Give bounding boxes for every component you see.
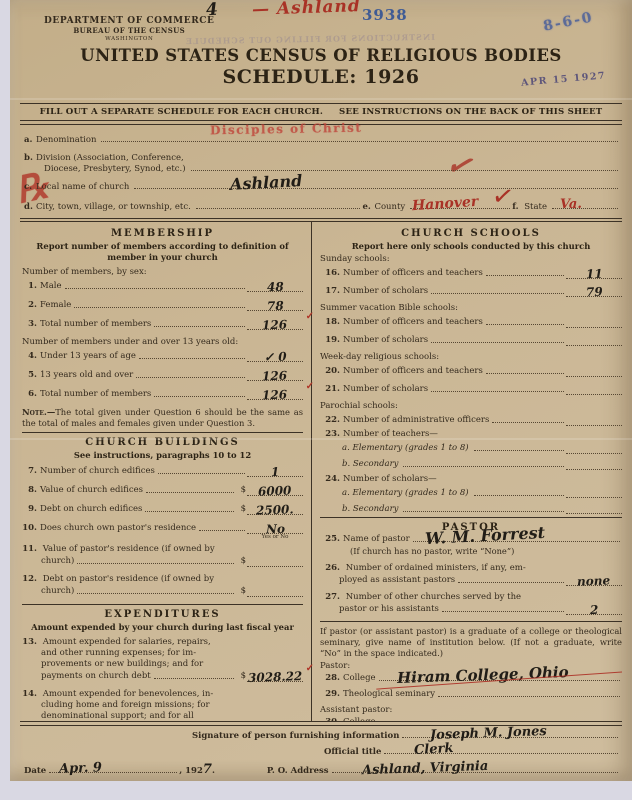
dotted-line	[431, 293, 564, 294]
field-letter: f.	[512, 202, 524, 212]
question-number: 27.	[320, 592, 340, 603]
question-row-14: 14. Amount expended for benevolences, in…	[22, 689, 303, 721]
question-number: 13.	[22, 637, 37, 648]
dotted-line: Joseph M. Jones	[402, 737, 618, 738]
dotted-line: Hiram College, Ohio	[379, 680, 620, 681]
question-number: 18.	[320, 317, 340, 328]
instruction-bar-gap	[323, 107, 339, 117]
question-row-3: 3. Total number of members 126✓	[22, 318, 303, 330]
question-label: Debt on church edifices	[40, 504, 142, 515]
handwritten-value: 126	[262, 369, 287, 382]
answer-cell	[566, 486, 622, 498]
po-address-label: P. O. Address	[267, 766, 329, 776]
answer-cell: 2	[566, 603, 622, 615]
answer-cell: 1	[247, 465, 303, 477]
question-number: 5.	[22, 370, 37, 381]
handwritten-county: Hanover	[412, 195, 479, 214]
question-label: Number of other churches served by the	[346, 592, 521, 602]
dotted-line	[474, 495, 564, 496]
question-label-line: cluding home and foreign missions; for	[22, 700, 303, 711]
pastor-none-note: (If church has no pastor, write “None”)	[320, 546, 622, 556]
question-label-line: and other running expenses; for im-	[22, 648, 303, 659]
answer-cell: 78	[247, 299, 303, 311]
handwritten-value: 6000	[258, 484, 292, 497]
currency-sign: $	[241, 671, 246, 682]
question-number: 21.	[320, 384, 340, 395]
answer-cell: 48	[247, 280, 303, 292]
question-label: Number of church edifices	[40, 466, 155, 477]
dotted-line	[154, 396, 245, 397]
question-row-27: 27. Number of other churches served by t…	[320, 592, 622, 615]
question-number: 26.	[320, 563, 340, 574]
identification-section: Disciples of Christ ✓ a. Denomination b.…	[10, 125, 632, 212]
handwritten-year-digit: 7	[203, 763, 212, 776]
question-row-25: 25. Name of pastor W. M. Forrest	[320, 534, 622, 545]
expenditures-title: EXPENDITURES	[22, 609, 303, 620]
schools-subtitle: Report here only schools conducted by th…	[328, 241, 614, 252]
field-letter: c.	[24, 182, 36, 192]
question-number: 14.	[22, 689, 37, 700]
expenditures-subtitle: Amount expended by your church during la…	[30, 622, 295, 633]
question-number: 7.	[22, 466, 37, 477]
question-tail-row: ployed as assistant pastors none	[320, 574, 622, 586]
group-heading: Number of members, by sex:	[22, 267, 303, 277]
currency-sign: $	[241, 485, 246, 496]
answer-cell: 126	[247, 369, 303, 381]
question-row-7: 7. Number of church edifices 1	[22, 465, 303, 477]
dotted-line	[458, 582, 564, 583]
answer-cell	[566, 442, 622, 454]
question-label: College	[343, 673, 376, 684]
dotted-line	[136, 377, 245, 378]
group-heading: Summer vacation Bible schools:	[320, 303, 622, 313]
handwritten-church-name: — Ashland	[252, 0, 361, 19]
field-letter: d.	[24, 202, 36, 212]
handwritten-number: 4	[205, 2, 218, 20]
sub-label: Secondary	[353, 504, 399, 514]
red-tick: ✓	[306, 311, 314, 324]
handwritten-signature: Joseph M. Jones	[430, 725, 547, 742]
census-form: ℞ DEPARTMENT OF COMMERCE BUREAU OF THE C…	[10, 0, 632, 781]
dotted-line	[139, 358, 245, 359]
question-label: Total number of members	[40, 319, 151, 330]
question-label-tail: church)	[22, 586, 74, 597]
question-row-10: 10. Does church own pastor's residence N…	[22, 522, 303, 534]
dotted-line	[438, 696, 620, 697]
handwritten-value: 11	[585, 268, 602, 281]
question-number: 3.	[22, 319, 37, 330]
question-label: Does church own pastor's residence	[40, 523, 196, 534]
handwritten-value: 2500.	[256, 503, 294, 516]
question-tail-row: church) $	[22, 585, 303, 597]
answer-cell: 126✓	[247, 318, 303, 330]
section-rule	[22, 432, 303, 433]
date-address-row: Date Apr. 9 , 1927. P. O. Address Ashlan…	[24, 763, 620, 776]
question-row-12: 12. Debt on pastor's residence (if owned…	[22, 574, 303, 597]
answer-cell: 79	[566, 285, 622, 297]
question-row-2: 2. Female 78	[22, 299, 303, 311]
question-row-5: 5. 13 years old and over 126	[22, 369, 303, 381]
group-heading: Week-day religious schools:	[320, 352, 622, 362]
question-number: 8.	[22, 485, 37, 496]
dotted-line	[431, 342, 564, 343]
question-row-24a: a. Elementary (grades 1 to 8)	[320, 486, 622, 498]
question-tail-row: payments on church debt $ 3028.22✓	[22, 670, 303, 682]
dotted-line	[74, 307, 245, 308]
question-row-17: 17. Number of scholars 79	[320, 285, 622, 297]
dotted-line	[77, 593, 233, 594]
question-label: 13 years old and over	[40, 370, 133, 381]
question-number: 30.	[320, 717, 340, 721]
dotted-line	[403, 466, 564, 467]
question-label: Number of officers and teachers	[343, 366, 483, 377]
scanned-census-schedule: { "colors":{"paper":"#cab694","printed_i…	[0, 0, 632, 800]
question-number: 11.	[22, 544, 37, 555]
group-heading: Number of members under and over 13 year…	[22, 337, 303, 347]
question-label: Amount expended for benevolences, in-	[43, 689, 214, 699]
sub-letter: b.	[342, 459, 350, 469]
question-number: 1.	[22, 281, 37, 292]
question-row-30: 30. College	[320, 717, 622, 721]
question-number: 22.	[320, 415, 340, 426]
field-denomination: a. Denomination	[24, 135, 620, 145]
question-label: Name of pastor	[343, 534, 410, 545]
answer-cell	[566, 414, 622, 426]
bureau-line: BUREAU OF THE CENSUS	[44, 27, 215, 36]
question-row-4: 4. Under 13 years of age ✓ 0	[22, 350, 303, 362]
question-label-tail: pastor or his assistants	[320, 604, 439, 615]
question-number: 6.	[22, 389, 37, 400]
question-label: Amount expended for salaries, repairs,	[43, 637, 211, 647]
handwritten-po-address: Ashland, Virginia	[361, 760, 488, 777]
question-number: 29.	[320, 689, 340, 700]
question-tail-row: pastor or his assistants 2	[320, 603, 622, 615]
question-row-13: 13. Amount expended for salaries, repair…	[22, 637, 303, 682]
answer-cell: none	[566, 574, 622, 586]
handwritten-value: 126	[262, 388, 287, 401]
red-tick: ✓	[306, 381, 314, 394]
dotted-line: W. M. Forrest	[413, 541, 620, 542]
sub-label: Secondary	[353, 459, 399, 469]
dotted-line: Apr. 9	[49, 772, 177, 773]
answer-cell: ✓ 0	[247, 350, 303, 362]
form-header: DEPARTMENT OF COMMERCE BUREAU OF THE CEN…	[10, 0, 632, 98]
dotted-line	[158, 473, 245, 474]
dotted-line	[486, 275, 564, 276]
answer-cell: NoYes or No	[247, 522, 303, 534]
question-number: 24.	[320, 474, 340, 485]
instruction-bar: FILL OUT A SEPARATE SCHEDULE FOR EACH CH…	[10, 107, 632, 117]
handwritten-value: 3028.22	[248, 670, 303, 684]
field-label: City, town, village, or township, etc.	[36, 202, 191, 212]
yes-or-no-note: Yes or No	[247, 534, 303, 541]
membership-title: MEMBERSHIP	[22, 228, 303, 239]
question-label-tail: payments on church debt	[22, 671, 151, 682]
note-lead: Note.—	[22, 407, 55, 417]
question-label: Under 13 years of age	[40, 351, 136, 362]
sub-letter: a.	[342, 443, 350, 453]
serial-number-stamp: 3938	[362, 6, 408, 24]
question-row-24b: b. Secondary	[320, 502, 622, 514]
dotted-line: Va.	[552, 208, 618, 209]
signature-label: Signature of person furnishing informati…	[192, 731, 399, 741]
question-row-19: 19. Number of scholars	[320, 334, 622, 346]
question-label: Number of administrative officers	[343, 415, 489, 426]
dotted-line	[101, 141, 618, 142]
answer-cell	[247, 585, 303, 597]
section-rule	[320, 517, 622, 518]
answer-cell	[566, 458, 622, 470]
question-label: Number of scholars	[343, 335, 428, 346]
group-heading: Parochial schools:	[320, 401, 622, 411]
question-number: 28.	[320, 673, 340, 684]
question-number: 25.	[320, 534, 340, 545]
dotted-line	[146, 492, 234, 493]
handwritten-pastor-name: W. M. Forrest	[424, 525, 545, 547]
membership-subtitle: Report number of members according to de…	[30, 241, 295, 263]
dotted-line	[199, 530, 245, 531]
answer-cell	[566, 334, 622, 346]
instruction-bar-right: SEE INSTRUCTIONS ON THE BACK OF THIS SHE…	[339, 107, 602, 117]
answer-cell	[566, 383, 622, 395]
question-label-line: denominational support; and for all	[22, 711, 303, 721]
question-label-line: provements or new buildings; and for	[22, 659, 303, 670]
handwritten-value: 1	[271, 465, 280, 477]
question-label: Debt on pastor's residence (if owned by	[43, 574, 214, 584]
question-row-29: 29. Theological seminary	[320, 689, 622, 700]
education-intro: If pastor (or assistant pastor) is a gra…	[320, 626, 622, 659]
question-tail-row: church) $	[22, 555, 303, 567]
handwritten-local-name: Ashland	[230, 173, 303, 193]
question-label: Total number of members	[40, 389, 151, 400]
question-row-18: 18. Number of officers and teachers	[320, 316, 622, 328]
period: .	[212, 766, 215, 776]
paper-crease	[10, 438, 632, 440]
question-label-tail: church)	[22, 556, 74, 567]
instruction-bar-left: FILL OUT A SEPARATE SCHEDULE FOR EACH CH…	[40, 107, 323, 117]
dotted-line	[154, 326, 245, 327]
sub-label: Elementary (grades 1 to 8)	[352, 443, 468, 453]
denomination-stamp: Disciples of Christ	[210, 120, 363, 137]
dotted-line	[486, 373, 564, 374]
sub-label: Elementary (grades 1 to 8)	[352, 488, 468, 498]
handwritten-value: 2	[590, 604, 599, 616]
handwritten-value: none	[577, 574, 610, 587]
red-tick: ✓	[306, 663, 314, 676]
dotted-line	[403, 511, 564, 512]
dotted-line	[65, 288, 245, 289]
field-label: Diocese, Presbytery, Synod, etc.)	[36, 164, 186, 174]
question-number: 4.	[22, 351, 37, 362]
field-letter: a.	[24, 135, 36, 145]
paper-crease	[10, 98, 632, 100]
question-row-23b: b. Secondary	[320, 458, 622, 470]
dotted-line	[77, 563, 233, 564]
official-title-label: Official title	[324, 747, 381, 757]
buildings-subtitle: See instructions, paragraphs 10 to 12	[30, 450, 295, 461]
dotted-line	[474, 450, 564, 451]
handwritten-official-title: Clerk	[414, 742, 454, 757]
question-row-9: 9. Debt on church edifices $ 2500.	[22, 503, 303, 515]
question-label: Number of scholars	[343, 286, 428, 297]
official-title-row: Official title Clerk	[24, 747, 620, 757]
answer-cell	[247, 555, 303, 567]
field-letter: e.	[362, 202, 374, 212]
handwritten-value: 79	[585, 286, 602, 299]
question-row-11: 11. Value of pastor's residence (if owne…	[22, 544, 303, 567]
field-division-line2: Diocese, Presbytery, Synod, etc.)	[24, 164, 620, 174]
field-label: State	[524, 202, 547, 212]
question-number: 9.	[22, 504, 37, 515]
question-label: Value of pastor's residence (if owned by	[43, 544, 215, 554]
question-label: College	[343, 717, 376, 721]
handwritten-value: 78	[266, 300, 283, 313]
handwritten-value: ✓ 0	[264, 350, 287, 363]
currency-sign: $	[241, 586, 246, 597]
handwritten-state: Va.	[560, 198, 582, 211]
question-row-24: 24. Number of scholars—	[320, 474, 622, 485]
dotted-line: Ashland, Virginia	[332, 772, 618, 773]
answer-cell: 2500.	[247, 503, 303, 515]
question-row-8: 8. Value of church edifices $ 6000	[22, 484, 303, 496]
header-rule	[20, 103, 622, 104]
left-column: MEMBERSHIP Report number of members acco…	[20, 222, 312, 721]
form-body: MEMBERSHIP Report number of members acco…	[20, 222, 622, 721]
dotted-line	[196, 208, 361, 209]
handwritten-value: 126	[262, 318, 287, 331]
answer-cell: 6000	[247, 484, 303, 496]
dotted-line	[154, 678, 234, 679]
question-label: Number of scholars	[343, 384, 428, 395]
dotted-line	[442, 611, 564, 612]
handwritten-date: Apr. 9	[59, 761, 102, 775]
field-letter: b.	[24, 153, 36, 163]
signature-section: Signature of person furnishing informati…	[10, 726, 632, 782]
field-local-name: c. Local name of church Ashland	[24, 182, 620, 192]
answer-cell: 3028.22✓	[247, 670, 303, 682]
currency-sign: $	[241, 504, 246, 515]
question-row-16: 16. Number of officers and teachers 11	[320, 267, 622, 279]
dotted-line	[431, 391, 564, 392]
question-row-1: 1. Male 48	[22, 280, 303, 292]
field-city-county-state: d. City, town, village, or township, etc…	[24, 202, 620, 212]
handwritten-college: Hiram College, Ohio	[396, 665, 568, 686]
question-label-tail: ployed as assistant pastors	[320, 575, 455, 586]
question-number: 16.	[320, 268, 340, 279]
currency-sign: $	[241, 556, 246, 567]
field-division-line1: b. Division (Association, Conference,	[24, 153, 620, 163]
assistant-pastor-label: Assistant pastor:	[320, 705, 622, 715]
date-label: Date	[24, 766, 46, 776]
dotted-line: Clerk	[384, 753, 618, 754]
field-label: Denomination	[36, 135, 96, 145]
right-column: CHURCH SCHOOLS Report here only schools …	[312, 222, 622, 721]
handwritten-value: 48	[266, 281, 283, 294]
question-row-22: 22. Number of administrative officers	[320, 414, 622, 426]
dotted-line	[191, 170, 618, 171]
question-number: 20.	[320, 366, 340, 377]
question-number: 12.	[22, 574, 37, 585]
note-text: The total given under Question 6 should …	[22, 407, 303, 428]
dotted-line: Ashland	[134, 188, 618, 189]
question-row-6: 6. Total number of members 126✓	[22, 388, 303, 400]
question-number: 10.	[22, 523, 37, 534]
printed-year: , 192	[179, 766, 203, 776]
question-row-28: 28. College Hiram College, Ohio	[320, 673, 622, 684]
answer-cell	[566, 316, 622, 328]
dotted-line	[492, 422, 564, 423]
question-label: Number of ordained ministers, if any, em…	[346, 563, 526, 573]
question-label: Male	[40, 281, 62, 292]
question-label: Number of officers and teachers	[343, 317, 483, 328]
question-label: Value of church edifices	[40, 485, 143, 496]
sub-letter: b.	[342, 504, 350, 514]
question-label: Female	[40, 300, 71, 311]
section-rule	[22, 604, 303, 605]
answer-cell	[566, 365, 622, 377]
question-row-23a: a. Elementary (grades 1 to 8)	[320, 442, 622, 454]
signature-row: Signature of person furnishing informati…	[24, 731, 620, 741]
dotted-line	[486, 324, 564, 325]
answer-cell	[566, 502, 622, 514]
question-number: 2.	[22, 300, 37, 311]
group-heading: Sunday schools:	[320, 254, 622, 264]
field-label: Division (Association, Conference,	[36, 153, 184, 163]
schools-title: CHURCH SCHOOLS	[320, 228, 622, 239]
question-number: 19.	[320, 335, 340, 346]
membership-note: Note.—The total given under Question 6 s…	[22, 407, 303, 429]
question-label: Number of officers and teachers	[343, 268, 483, 279]
question-label: Number of scholars—	[343, 474, 437, 485]
answer-cell: 126✓	[247, 388, 303, 400]
question-row-20: 20. Number of officers and teachers	[320, 365, 622, 377]
question-row-26: 26. Number of ordained ministers, if any…	[320, 563, 622, 586]
dotted-line	[145, 511, 233, 512]
dotted-line: Hanover ✓	[410, 208, 510, 209]
question-row-21: 21. Number of scholars	[320, 383, 622, 395]
sub-letter: a.	[342, 488, 350, 498]
section-rule	[320, 621, 622, 622]
answer-cell: 11	[566, 267, 622, 279]
question-label: Theological seminary	[343, 689, 435, 700]
field-label: Local name of church	[36, 182, 129, 192]
field-label: County	[374, 202, 405, 212]
question-number: 17.	[320, 286, 340, 297]
